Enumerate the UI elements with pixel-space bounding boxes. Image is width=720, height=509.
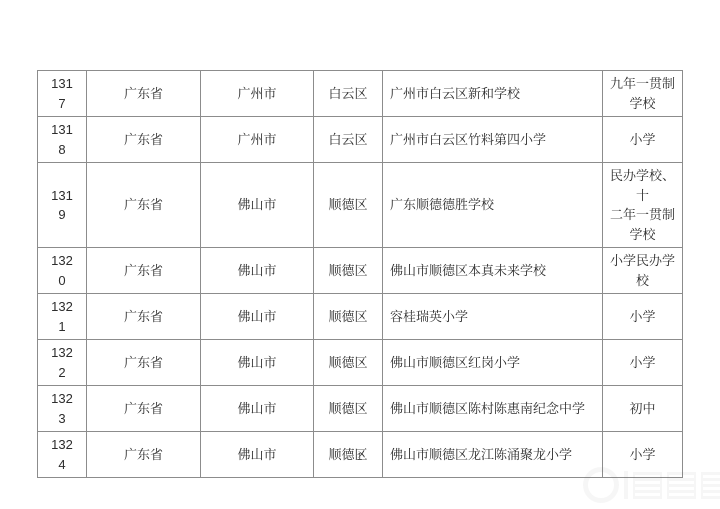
row-id: 132 1 [38,294,87,340]
row-id: 132 2 [38,340,87,386]
province-cell: 广东省 [87,386,201,432]
city-cell: 广州市 [201,117,314,163]
table-row: 132 1 广东省 佛山市 顺德区 容桂瑞英小学 小学 [38,294,683,340]
table-row: 132 2 广东省 佛山市 顺德区 佛山市顺德区红岗小学 小学 [38,340,683,386]
table-row: 131 9 广东省 佛山市 顺德区 广东顺德德胜学校 民办学校、十 二年一贯制 … [38,163,683,248]
school-type-cell: 小学 [603,340,683,386]
school-type-cell: 小学 [603,117,683,163]
row-id: 132 3 [38,386,87,432]
district-cell: 顺德区 [314,386,383,432]
city-cell: 广州市 [201,71,314,117]
row-id: 132 0 [38,248,87,294]
district-cell: 顺德区 [314,340,383,386]
school-type-cell: 初中 [603,386,683,432]
school-name-cell: 广州市白云区新和学校 [383,71,603,117]
district-cell: 顺德区 [314,294,383,340]
school-type-cell: 小学 [603,294,683,340]
row-id: 131 7 [38,71,87,117]
district-cell: 顺德区 [314,248,383,294]
district-cell: 白云区 [314,117,383,163]
province-cell: 广东省 [87,340,201,386]
table-row: 131 7 广东省 广州市 白云区 广州市白云区新和学校 九年一贯制 学校 [38,71,683,117]
city-cell: 佛山市 [201,386,314,432]
table-row: 131 8 广东省 广州市 白云区 广州市白云区竹料第四小学 小学 [38,117,683,163]
province-cell: 广东省 [87,71,201,117]
district-cell: 白云区 [314,71,383,117]
school-type-cell: 小学民办学 校 [603,248,683,294]
city-cell: 佛山市 [201,248,314,294]
city-cell: 佛山市 [201,340,314,386]
school-type-cell: 九年一贯制 学校 [603,71,683,117]
page-number: 1 [37,452,682,463]
school-list-table: 131 7 广东省 广州市 白云区 广州市白云区新和学校 九年一贯制 学校 13… [37,70,683,478]
province-cell: 广东省 [87,117,201,163]
school-name-cell: 广东顺德德胜学校 [383,163,603,248]
city-cell: 佛山市 [201,163,314,248]
province-cell: 广东省 [87,163,201,248]
city-cell: 佛山市 [201,294,314,340]
school-type-cell: 民办学校、十 二年一贯制 学校 [603,163,683,248]
row-id: 131 8 [38,117,87,163]
table-row: 132 0 广东省 佛山市 顺德区 佛山市顺德区本真未来学校 小学民办学 校 [38,248,683,294]
school-name-cell: 容桂瑞英小学 [383,294,603,340]
school-name-cell: 佛山市顺德区红岗小学 [383,340,603,386]
row-id: 131 9 [38,163,87,248]
district-cell: 顺德区 [314,163,383,248]
school-name-cell: 佛山市顺德区本真未来学校 [383,248,603,294]
document-page: 131 7 广东省 广州市 白云区 广州市白云区新和学校 九年一贯制 学校 13… [0,0,720,509]
province-cell: 广东省 [87,248,201,294]
school-name-cell: 广州市白云区竹料第四小学 [383,117,603,163]
watermark-glyph [701,472,720,499]
province-cell: 广东省 [87,294,201,340]
table-row: 132 3 广东省 佛山市 顺德区 佛山市顺德区陈村陈惠南纪念中学 初中 [38,386,683,432]
school-name-cell: 佛山市顺德区陈村陈惠南纪念中学 [383,386,603,432]
